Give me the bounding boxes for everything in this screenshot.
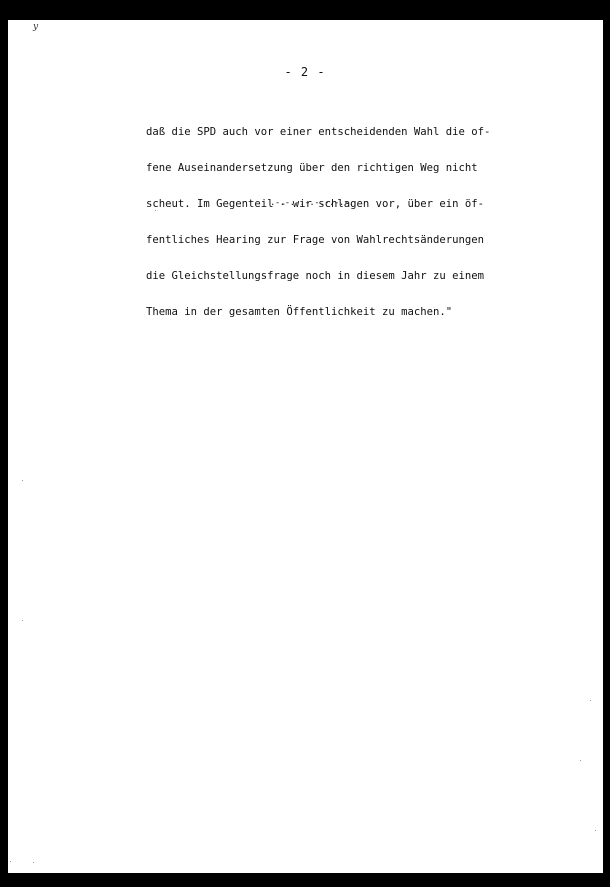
scan-speck	[33, 862, 34, 863]
scan-speck	[595, 830, 596, 831]
scan-speck	[590, 700, 591, 701]
paragraph-line: daß die SPD auch vor einer entscheidende…	[146, 126, 546, 138]
margin-handwritten-mark: y	[33, 22, 38, 32]
paragraph-line: Thema in der gesamten Öffentlichkeit zu …	[146, 306, 546, 318]
scan-speck	[22, 480, 23, 481]
scan-speck	[10, 861, 11, 862]
scan-speck	[22, 620, 23, 621]
paragraph-line: fene Auseinandersetzung über den richtig…	[146, 162, 546, 174]
page-number: - 2 -	[0, 65, 610, 79]
scan-speck	[155, 210, 156, 211]
scan-speck	[580, 760, 581, 761]
paragraph-line: fentliches Hearing zur Frage von Wahlrec…	[146, 234, 546, 246]
body-paragraph: daß die SPD auch vor einer entscheidende…	[146, 102, 546, 330]
paragraph-line: die Gleichstellungsfrage noch in diesem …	[146, 270, 546, 282]
end-of-text-divider: .-.-.-.-.-.-.-.-.	[270, 198, 354, 208]
